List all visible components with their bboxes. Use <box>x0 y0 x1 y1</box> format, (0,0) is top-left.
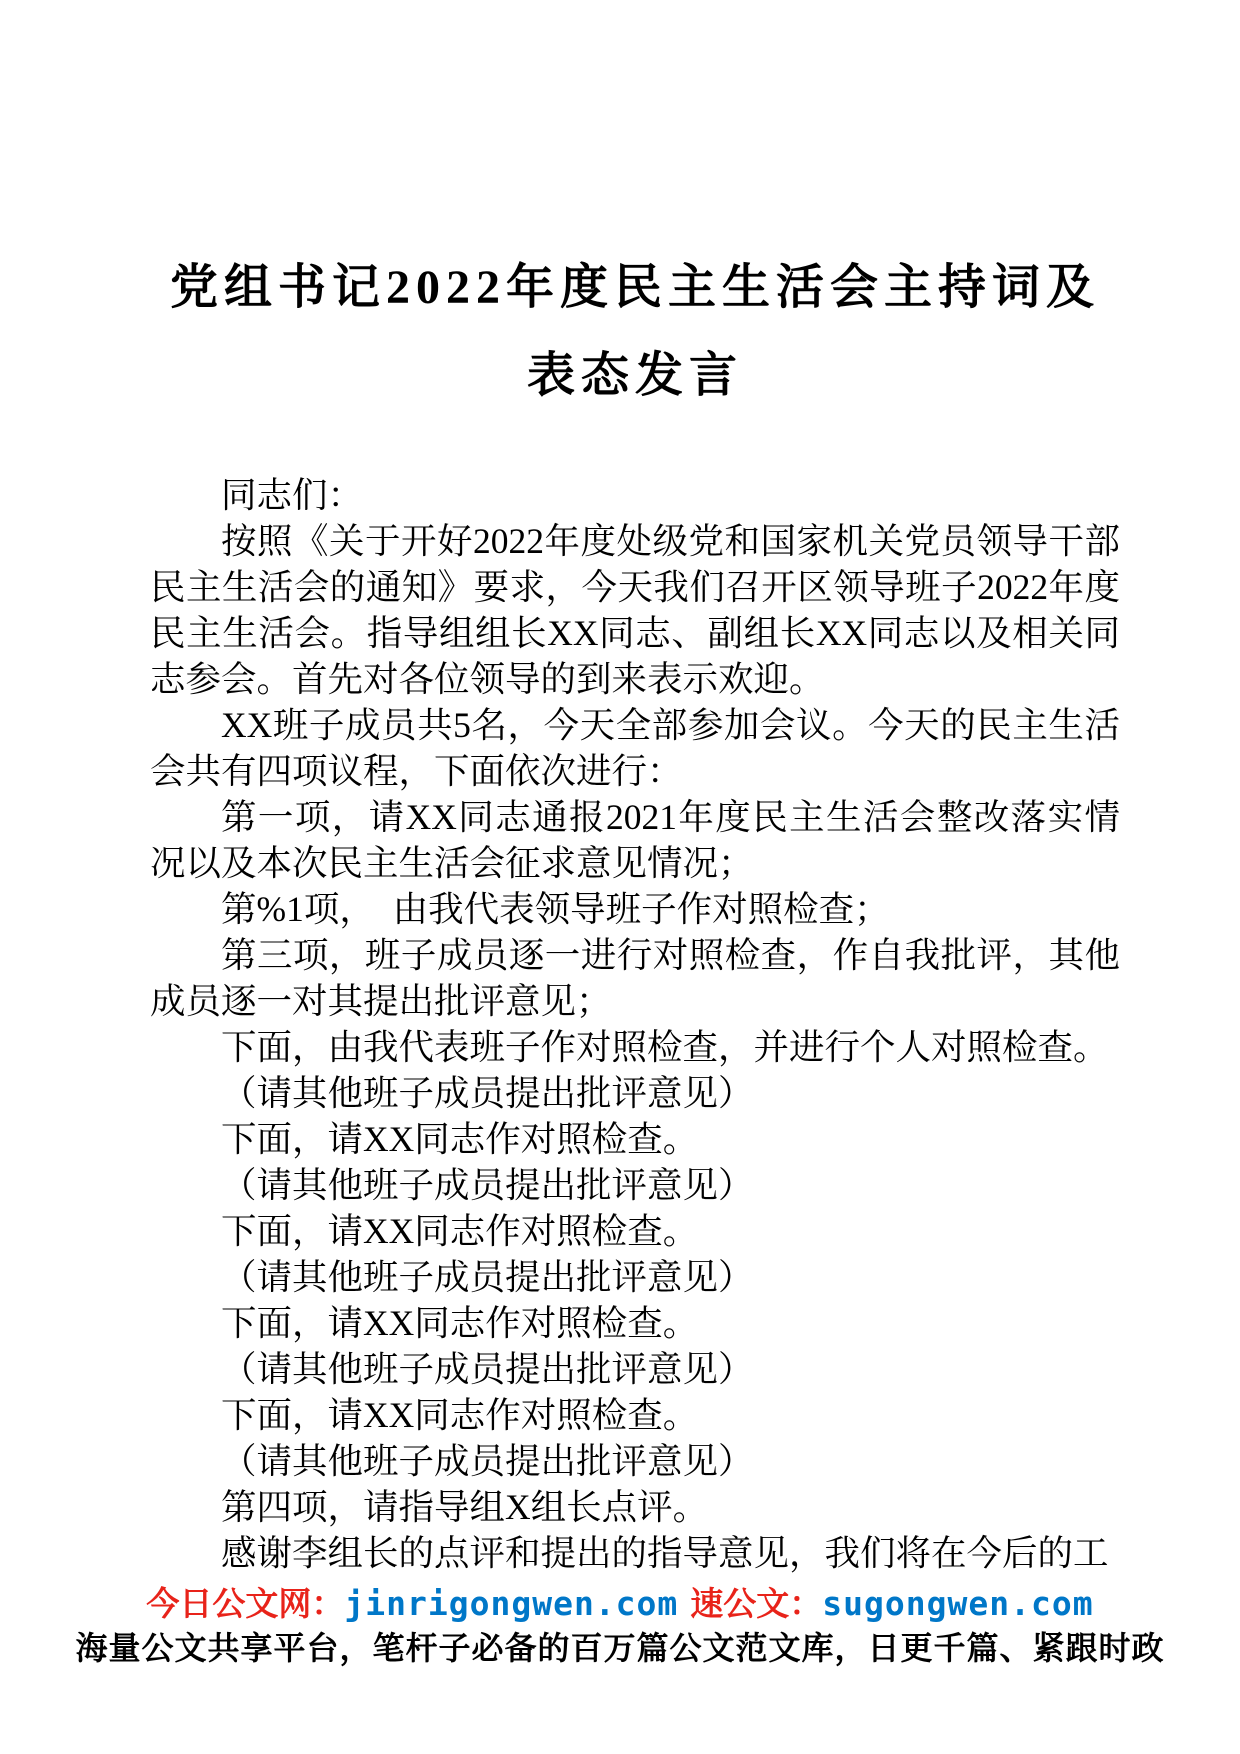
footer-tagline: 海量公文共享平台，笔杆子必备的百万篇公文范文库，日更千篇、紧跟时政 <box>0 1626 1240 1670</box>
paragraph: （请其他班子成员提出批评意见） <box>150 1254 1120 1300</box>
paragraph: 下面，请XX同志作对照检查。 <box>150 1392 1120 1438</box>
document-title: 党组书记2022年度民主生活会主持词及 表态发言 <box>150 244 1120 420</box>
document-content: 党组书记2022年度民主生活会主持词及 表态发言 同志们：按照《关于开好2022… <box>150 0 1120 1576</box>
site1-url[interactable]: jinrigongwen.com <box>344 1584 678 1623</box>
title-line-1: 党组书记2022年度民主生活会主持词及 <box>150 244 1120 332</box>
paragraph: 同志们： <box>150 472 1120 518</box>
site1-label: 今日公文网： <box>146 1585 344 1622</box>
page-footer: 今日公文网：jinrigongwen.com速公文：sugongwen.com … <box>0 1582 1240 1670</box>
paragraph: 按照《关于开好2022年度处级党和国家机关党员领导干部民主生活会的通知》要求，今… <box>150 518 1120 702</box>
site2-url[interactable]: sugongwen.com <box>822 1584 1093 1623</box>
paragraph: 下面，请XX同志作对照检查。 <box>150 1116 1120 1162</box>
paragraph: （请其他班子成员提出批评意见） <box>150 1070 1120 1116</box>
paragraph: 第一项，请XX同志通报2021年度民主生活会整改落实情况以及本次民主生活会征求意… <box>150 794 1120 886</box>
paragraph: 下面，由我代表班子作对照检查，并进行个人对照检查。 <box>150 1024 1120 1070</box>
paragraph: （请其他班子成员提出批评意见） <box>150 1162 1120 1208</box>
paragraph: 第四项，请指导组X组长点评。 <box>150 1484 1120 1530</box>
paragraph: 感谢李组长的点评和提出的指导意见，我们将在今后的工 <box>150 1530 1120 1576</box>
document-page: 党组书记2022年度民主生活会主持词及 表态发言 同志们：按照《关于开好2022… <box>0 0 1240 1754</box>
site2-label: 速公文： <box>690 1585 822 1622</box>
paragraph: 第三项，班子成员逐一进行对照检查，作自我批评，其他成员逐一对其提出批评意见； <box>150 932 1120 1024</box>
document-body: 同志们：按照《关于开好2022年度处级党和国家机关党员领导干部民主生活会的通知》… <box>150 472 1120 1576</box>
footer-sites-line: 今日公文网：jinrigongwen.com速公文：sugongwen.com <box>0 1582 1240 1626</box>
paragraph: 下面，请XX同志作对照检查。 <box>150 1208 1120 1254</box>
paragraph: 第%1项， 由我代表领导班子作对照检查； <box>150 886 1120 932</box>
paragraph: （请其他班子成员提出批评意见） <box>150 1438 1120 1484</box>
paragraph: 下面，请XX同志作对照检查。 <box>150 1300 1120 1346</box>
paragraph: XX班子成员共5名，今天全部参加会议。今天的民主生活会共有四项议程，下面依次进行… <box>150 702 1120 794</box>
title-line-2: 表态发言 <box>150 332 1120 420</box>
paragraph: （请其他班子成员提出批评意见） <box>150 1346 1120 1392</box>
